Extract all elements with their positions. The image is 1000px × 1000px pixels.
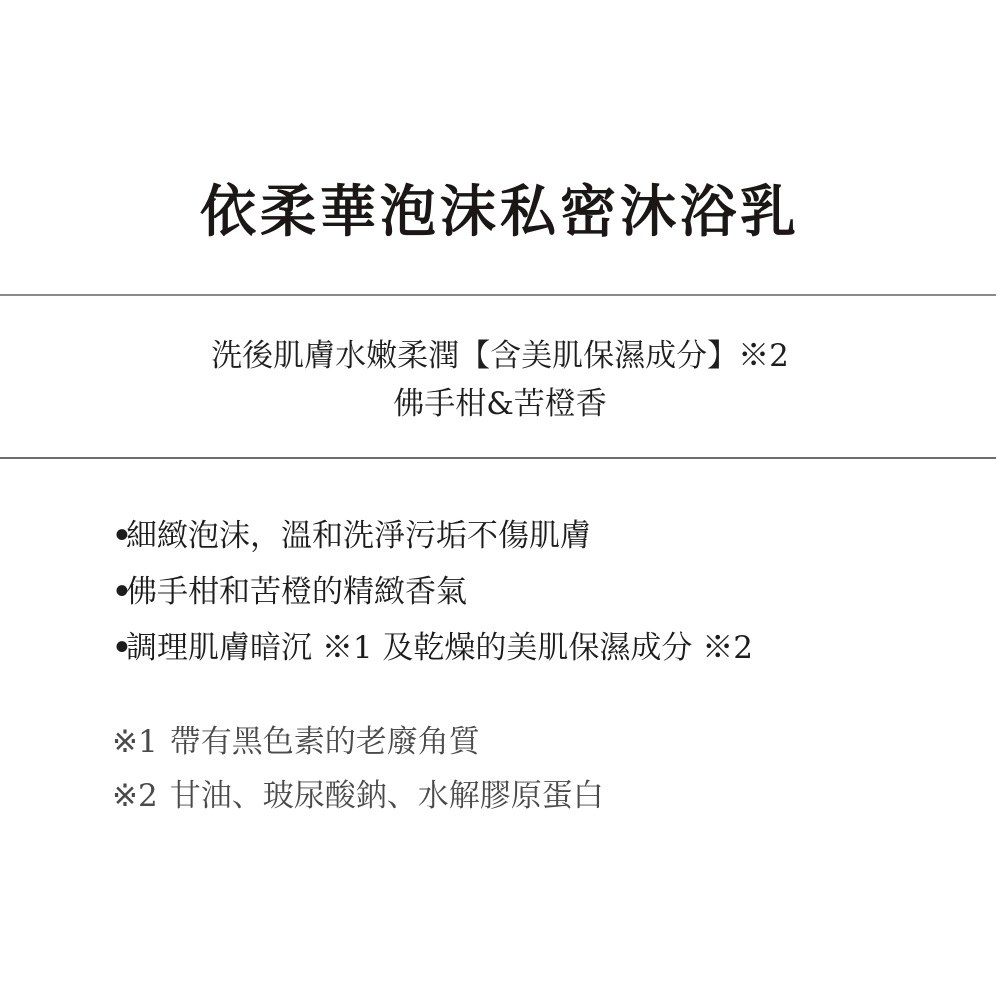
footnote-text: 帶有黑色素的老廢角質 [170, 724, 480, 760]
subtitle-scent: 佛手柑&苦橙香 [0, 382, 1000, 426]
divider-top [0, 294, 996, 296]
feature-item: •細緻泡沫，溫和洗淨污垢不傷肌膚 [112, 508, 753, 564]
bullet-icon: • [112, 620, 126, 676]
feature-item: •佛手柑和苦橙的精緻香氣 [112, 564, 753, 620]
feature-text: 細緻泡沫，溫和洗淨污垢不傷肌膚 [126, 518, 591, 554]
feature-text: 調理肌膚暗沉 ※1 及乾燥的美肌保濕成分 ※2 [126, 630, 753, 666]
divider-bottom [0, 457, 996, 459]
feature-item: •調理肌膚暗沉 ※1 及乾燥的美肌保濕成分 ※2 [112, 620, 753, 676]
subtitle-benefit: 洗後肌膚水嫩柔潤【含美肌保濕成分】※2 [0, 334, 1000, 378]
bullet-icon: • [112, 508, 126, 564]
footnote-mark: ※2 [112, 778, 158, 814]
product-title: 依柔華泡沫私密沐浴乳 [0, 172, 1000, 252]
footnote-text: 甘油、玻尿酸鈉、水解膠原蛋白 [170, 778, 604, 814]
footnote-list: ※1帶有黑色素的老廢角質 ※2甘油、玻尿酸鈉、水解膠原蛋白 [112, 715, 604, 823]
feature-list: •細緻泡沫，溫和洗淨污垢不傷肌膚 •佛手柑和苦橙的精緻香氣 •調理肌膚暗沉 ※1… [112, 508, 753, 676]
feature-text: 佛手柑和苦橙的精緻香氣 [126, 574, 467, 610]
footnote-item: ※2甘油、玻尿酸鈉、水解膠原蛋白 [112, 769, 604, 823]
bullet-icon: • [112, 564, 126, 620]
footnote-mark: ※1 [112, 724, 158, 760]
footnote-item: ※1帶有黑色素的老廢角質 [112, 715, 604, 769]
